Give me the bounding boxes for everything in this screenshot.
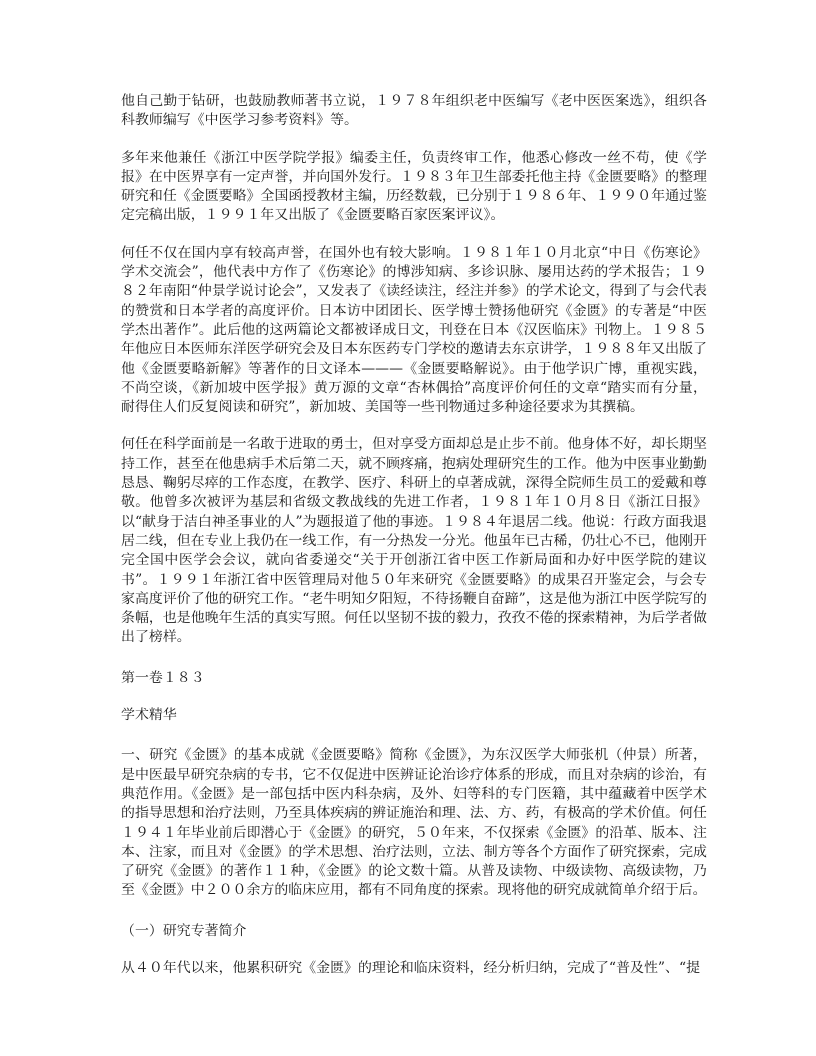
subsection-title: （一）研究专著简介 — [121, 922, 707, 941]
paragraph-monographs: 从４０年代以来，他累积研究《金匮》的理论和临床资料，经分析归纳，完成了“普及性”… — [121, 959, 707, 978]
paragraph-gap — [121, 131, 707, 149]
paragraph-gap — [121, 417, 707, 435]
paragraph-gap — [121, 688, 707, 706]
paragraph-editing-work: 他自己勤于钻研，也鼓励教师著书立说，１９７８年组织老中医编写《老中医医案选》，组… — [121, 92, 707, 131]
paragraph-international-influence: 何任不仅在国内享有较高声誉，在国外也有较大影响。１９８１年１０月北京“中日《伤寒… — [121, 244, 707, 418]
page-marker: 第一卷１８３ — [121, 669, 707, 688]
section-title: 学术精华 — [121, 706, 707, 725]
paragraph-jingui-research: 一、研究《金匮》的基本成就《金匮要略》简称《金匮》，为东汉医学大师张机（仲景）所… — [121, 746, 707, 900]
paragraph-gap — [121, 901, 707, 922]
paragraph-gap — [121, 941, 707, 959]
paragraph-gap — [121, 648, 707, 669]
paragraph-journal-editor: 多年来他兼任《浙江中医学院学报》编委主任，负责终审工作，他悉心修改一丝不苟，使《… — [121, 149, 707, 226]
document-page: 他自己勤于钻研，也鼓励教师著书立说，１９７８年组织老中医编写《老中医医案选》，组… — [121, 92, 707, 978]
paragraph-dedication: 何任在科学面前是一名敢于进取的勇士，但对享受方面却总是止步不前。他身体不好，却长… — [121, 435, 707, 647]
paragraph-gap — [121, 226, 707, 244]
paragraph-gap — [121, 725, 707, 746]
